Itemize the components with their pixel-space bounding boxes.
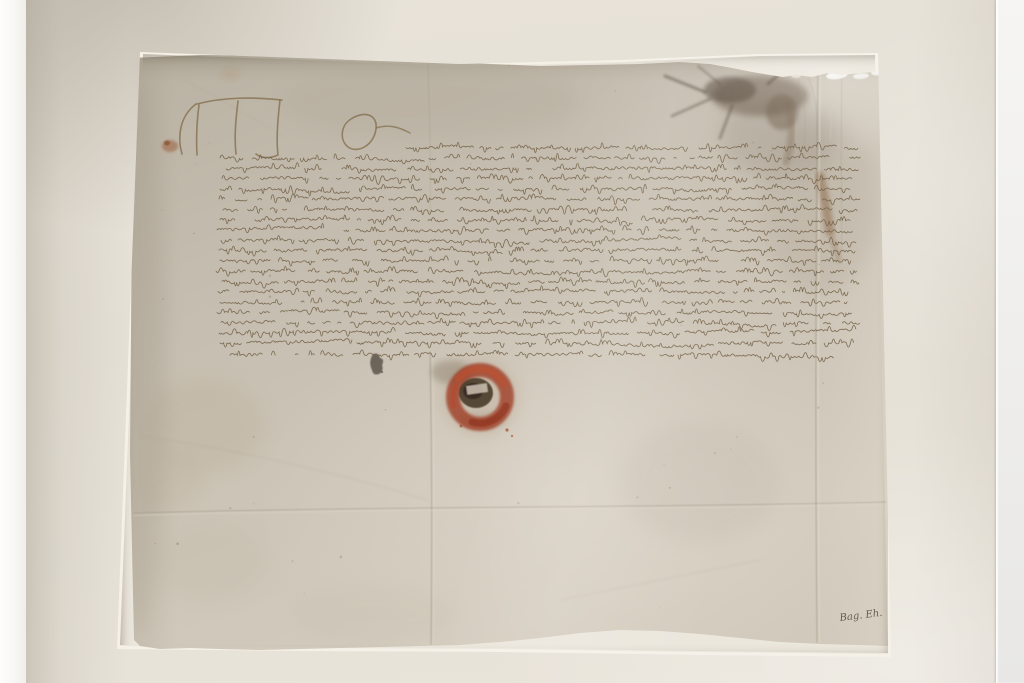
- handwritten-line: [217, 307, 851, 319]
- handwritten-line: [230, 350, 833, 362]
- handwritten-line: [221, 317, 860, 331]
- handwritten-line: [216, 266, 856, 277]
- handwritten-line: [219, 246, 855, 256]
- handwritten-line: [220, 215, 850, 226]
- wall: [996, 0, 1024, 683]
- frame-edge-highlight: [0, 0, 26, 683]
- handwritten-line: [217, 223, 853, 235]
- parchment-document: Bag. Eh.: [120, 54, 888, 654]
- handwritten-line: [218, 286, 848, 297]
- archival-inscription: Bag. Eh.: [838, 608, 883, 624]
- handwritten-line: [221, 235, 856, 248]
- handwritten-line: [222, 173, 852, 184]
- handwritten-line: [220, 298, 847, 307]
- handwritten-line: [222, 277, 859, 289]
- handwritten-line: [220, 256, 851, 266]
- handwritten-line: [220, 338, 854, 349]
- handwriting-svg: Bag. Eh.: [120, 54, 888, 654]
- mat-window: Bag. Eh.: [117, 52, 891, 657]
- framed-manuscript-photo: Bag. Eh.: [0, 0, 1024, 683]
- handwritten-line: [220, 184, 850, 196]
